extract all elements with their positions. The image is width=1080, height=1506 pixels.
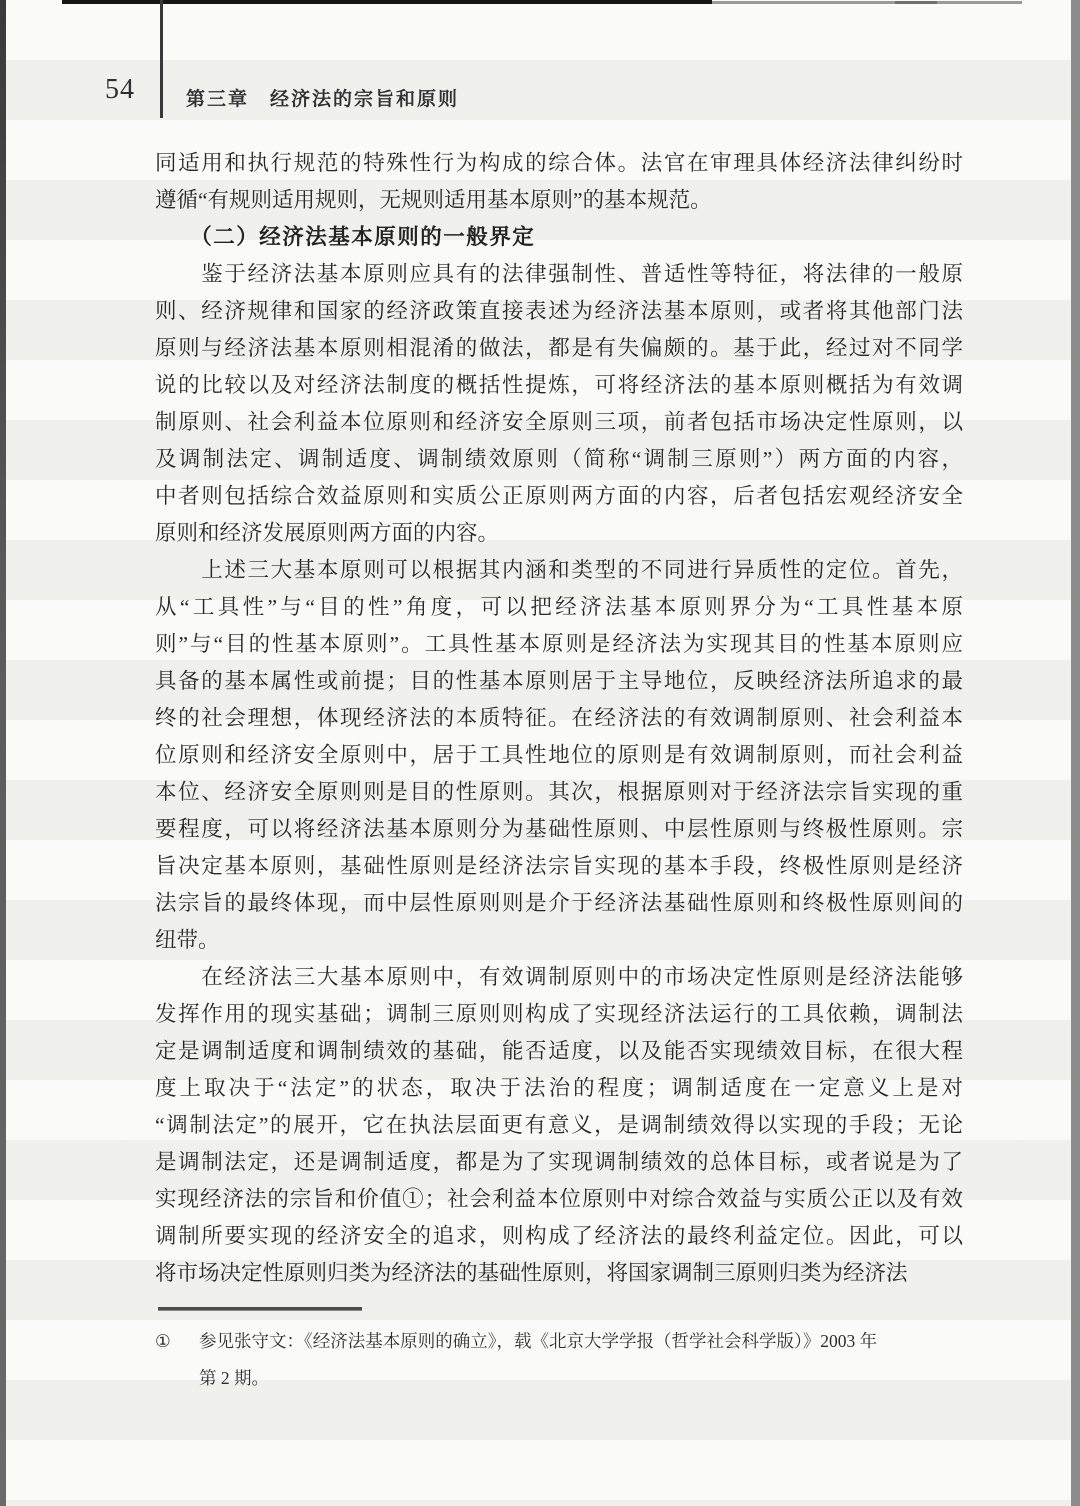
text-line: 要程度，可以将经济法基本原则分为基础性原则、中层性原则与终极性原则。宗 — [155, 811, 963, 848]
scan-top-bar-faint — [712, 1, 1022, 4]
text-line: 本位、经济安全原则则是目的性原则。其次，根据原则对于经济法宗旨实现的重 — [155, 774, 963, 811]
page-number: 54 — [105, 74, 135, 106]
book-page: 54 第三章 经济法的宗旨和原则 同适用和执行规范的特殊性行为构成的综合体。法官… — [0, 0, 1080, 1506]
scan-edge-right — [1071, 0, 1080, 1506]
footnote-line: ①参见张守文：《经济法基本原则的确立》，载《北京大学学报（哲学社会科学版）》20… — [155, 1323, 965, 1360]
text-line: 原则和经济发展原则两方面的内容。 — [155, 515, 963, 552]
section-heading: （二）经济法基本原则的一般界定 — [155, 219, 963, 256]
text-line: 具备的基本属性或前提；目的性基本原则居于主导地位，反映经济法所追求的最 — [155, 663, 963, 700]
text-line: 法宗旨的最终体现，而中层性原则则是介于经济法基础性原则和终极性原则间的 — [155, 885, 963, 922]
text-line: 终的社会理想，体现经济法的本质特征。在经济法的有效调制原则、社会利益本 — [155, 700, 963, 737]
footnote-separator-rule — [158, 1307, 362, 1311]
text-line: 遵循“有规则适用规则，无规则适用基本原则”的基本规范。 — [155, 182, 963, 219]
scan-edge-left — [0, 0, 6, 1506]
text-line: 制原则、社会利益本位原则和经济安全原则三项，前者包括市场决定性原则，以 — [155, 404, 963, 441]
text-line: 度上取决于“法定”的状态，取决于法治的程度；调制适度在一定意义上是对 — [155, 1070, 963, 1107]
text-line: 纽带。 — [155, 922, 963, 959]
text-line: 中者则包括综合效益原则和实质公正原则两方面的内容，后者包括宏观经济安全 — [155, 478, 963, 515]
text-line: 则、经济规律和国家的经济政策直接表述为经济法基本原则，或者将其他部门法 — [155, 293, 963, 330]
text-line: 及调制法定、调制适度、调制绩效原则（简称“调制三原则”）两方面的内容， — [155, 441, 963, 478]
text-line: 则”与“目的性基本原则”。工具性基本原则是经济法为实现其目的性基本原则应 — [155, 626, 963, 663]
chapter-header: 第三章 经济法的宗旨和原则 — [186, 84, 459, 111]
text-line: 定是调制适度和调制绩效的基础，能否适度，以及能否实现绩效目标，在很大程 — [155, 1033, 963, 1070]
footnote-line: 第 2 期。 — [155, 1360, 965, 1397]
text-line: 原则与经济法基本原则相混淆的做法，都是有失偏颇的。基于此，经过对不同学 — [155, 330, 963, 367]
text-line: 说的比较以及对经济法制度的概括性提炼，可将经济法的基本原则概括为有效调 — [155, 367, 963, 404]
text-line: 从“工具性”与“目的性”角度，可以把经济法基本原则界分为“工具性基本原 — [155, 589, 963, 626]
header-divider-rule — [160, 0, 163, 118]
text-line: 鉴于经济法基本原则应具有的法律强制性、普适性等特征，将法律的一般原 — [155, 256, 963, 293]
text-line: 实现经济法的宗旨和价值①；社会利益本位原则中对综合效益与实质公正以及有效 — [155, 1181, 963, 1218]
text-line: 在经济法三大基本原则中，有效调制原则中的市场决定性原则是经济法能够 — [155, 959, 963, 996]
footnote-text: 参见张守文：《经济法基本原则的确立》，载《北京大学学报（哲学社会科学版）》200… — [199, 1331, 877, 1351]
text-line: 调制所要实现的经济安全的追求，则构成了经济法的最终利益定位。因此，可以 — [155, 1218, 963, 1255]
text-line: 同适用和执行规范的特殊性行为构成的综合体。法官在审理具体经济法律纠纷时 — [155, 145, 963, 182]
text-line: 位原则和经济安全原则中，居于工具性地位的原则是有效调制原则，而社会利益 — [155, 737, 963, 774]
footnote: ①参见张守文：《经济法基本原则的确立》，载《北京大学学报（哲学社会科学版）》20… — [155, 1323, 965, 1397]
text-line: 发挥作用的现实基础；调制三原则则构成了实现经济法运行的工具依赖，调制法 — [155, 996, 963, 1033]
text-line: “调制法定”的展开，它在执法层面更有意义，是调制绩效得以实现的手段；无论 — [155, 1107, 963, 1144]
footnote-marker: ① — [155, 1323, 199, 1360]
text-line: 上述三大基本原则可以根据其内涵和类型的不同进行异质性的定位。首先， — [155, 552, 963, 589]
scan-top-bar-smudge — [895, 1, 937, 4]
text-line: 是调制法定，还是调制适度，都是为了实现调制绩效的总体目标，或者说是为了 — [155, 1144, 963, 1181]
text-line: 旨决定基本原则，基础性原则是经济法宗旨实现的基本手段，终极性原则是经济 — [155, 848, 963, 885]
body-text: 同适用和执行规范的特殊性行为构成的综合体。法官在审理具体经济法律纠纷时遵循“有规… — [155, 145, 963, 1292]
text-line: 将市场决定性原则归类为经济法的基础性原则，将国家调制三原则归类为经济法 — [155, 1255, 963, 1292]
